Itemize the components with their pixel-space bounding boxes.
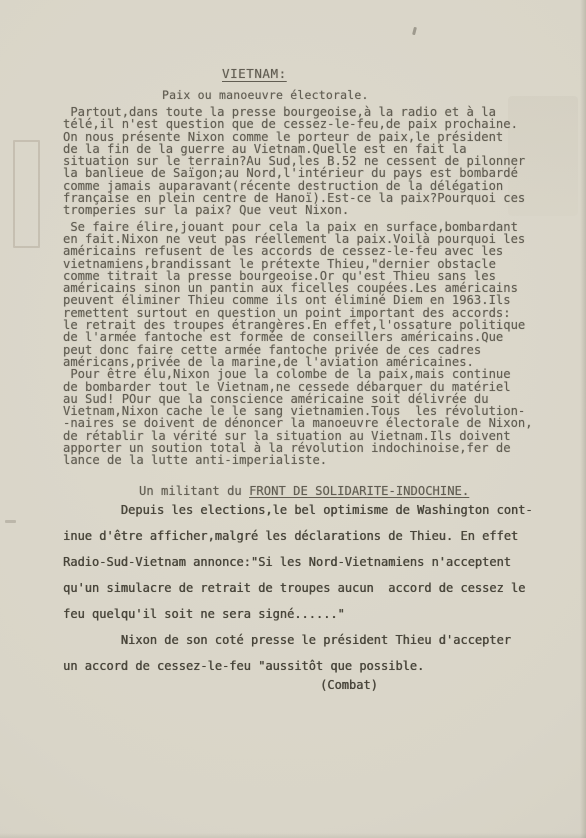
main-text-block: Partout,dans toute la presse bourgeoise,… [63,106,533,510]
addendum-credit: (Combat) [320,672,533,698]
paragraph-call-to-action: Pour être élu,Nixon joue la colombe de l… [63,368,533,466]
margin-dash-mark [5,520,16,523]
document-subtitle: Paix ou manoeuvre électorale. [162,88,369,102]
paragraph-nixon-election: Se faire élire,jouant pour cela la paix … [63,221,533,369]
scan-edge-right-shadow [580,0,586,838]
scanned-page: VIETNAM: Paix ou manoeuvre électorale. P… [0,0,586,838]
paragraph-situation: Partout,dans toute la presse bourgeoise,… [63,106,533,217]
addendum-text: Depuis les elections,le bel optimisme de… [63,497,533,679]
signature-organization: FRONT DE SOLIDARITE-INDOCHINE. [249,484,469,498]
scan-edge-bottom-shadow [0,833,586,838]
document-title: VIETNAM: [222,66,287,81]
addendum-block: Depuis les elections,le bel optimisme de… [63,497,533,705]
signature-prefix: Un militant du [139,484,249,498]
bleedthrough-block [13,140,40,248]
ink-speck [412,27,417,35]
